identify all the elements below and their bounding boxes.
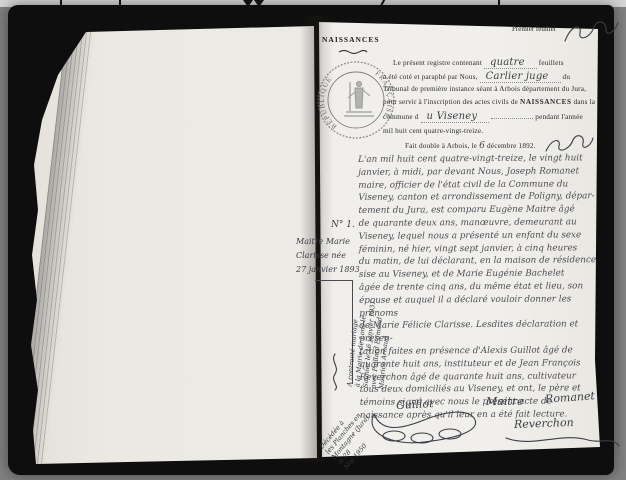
- title-underline-squiggle: [338, 48, 368, 56]
- form-line-2-printed-end: du: [563, 73, 571, 81]
- form-line-7: Fait double à Arbois, le 6 décembre 1892…: [405, 141, 536, 151]
- stamp-marianne-figure: [344, 82, 374, 117]
- form-line-7-printed-end: décembre 1892.: [487, 142, 536, 150]
- form-line-1-printed: Le présent registre contenant: [393, 59, 482, 67]
- form-line-4-printed: pour servir à l'inscription des actes ci…: [383, 98, 518, 106]
- form-line-5-entry: u Viseney: [421, 111, 490, 123]
- form-line-7-day-entry: 6: [479, 141, 485, 151]
- act-margin-name: Maitre Marie Clarisse née 27 janvier 189…: [296, 235, 360, 277]
- reverchon-flourish: [502, 428, 622, 452]
- act-body-text: L'an mil huit cent quatre-vingt-treize, …: [358, 152, 610, 422]
- scanned-registry-photo: Premier feuillet NAISSANCES RÉPUBLIQUE F…: [0, 0, 626, 480]
- form-line-5-printed-end: pendant l'année: [535, 113, 583, 121]
- form-line-4-printed-end: dans la: [574, 98, 596, 106]
- form-line-3: Tribunal de première instance séant à Ar…: [383, 85, 586, 93]
- form-line-5-printed: commune d: [383, 113, 419, 121]
- margin-paraph-squiggle: [329, 352, 341, 392]
- form-line-6: mil huit cent quatre-vingt-treize.: [383, 127, 483, 135]
- form-line-5: commune d u Viseney pendant l'année: [383, 111, 583, 122]
- form-line-4: pour servir à l'inscription des actes ci…: [383, 98, 595, 106]
- form-line-1-entry: quatre: [484, 57, 537, 69]
- registrar-flourish-signature: [562, 15, 620, 47]
- guillot-flourish: [364, 404, 484, 448]
- blank-rule: [491, 112, 533, 119]
- form-line-2-printed: a été coté et paraphé par Nous,: [383, 73, 478, 81]
- page-title: NAISSANCES: [322, 35, 380, 44]
- form-line-4-naissances: NAISSANCES: [520, 98, 572, 106]
- act-number: N° 1.: [331, 220, 355, 230]
- form-line-7-printed: Fait double à Arbois, le: [405, 142, 477, 150]
- premier-feuillet-label: Premier feuillet: [512, 25, 556, 33]
- form-line-2: a été coté et paraphé par Nous, Carlier …: [383, 71, 570, 82]
- form-line-1: Le présent registre contenant quatre feu…: [393, 57, 564, 68]
- marriage-note-bracket: [315, 280, 353, 281]
- form-line-2-entry: Carlier juge: [480, 71, 561, 83]
- signature-maitre: Maitre: [486, 395, 524, 408]
- form-line-1-printed-end: feuillets: [539, 59, 564, 67]
